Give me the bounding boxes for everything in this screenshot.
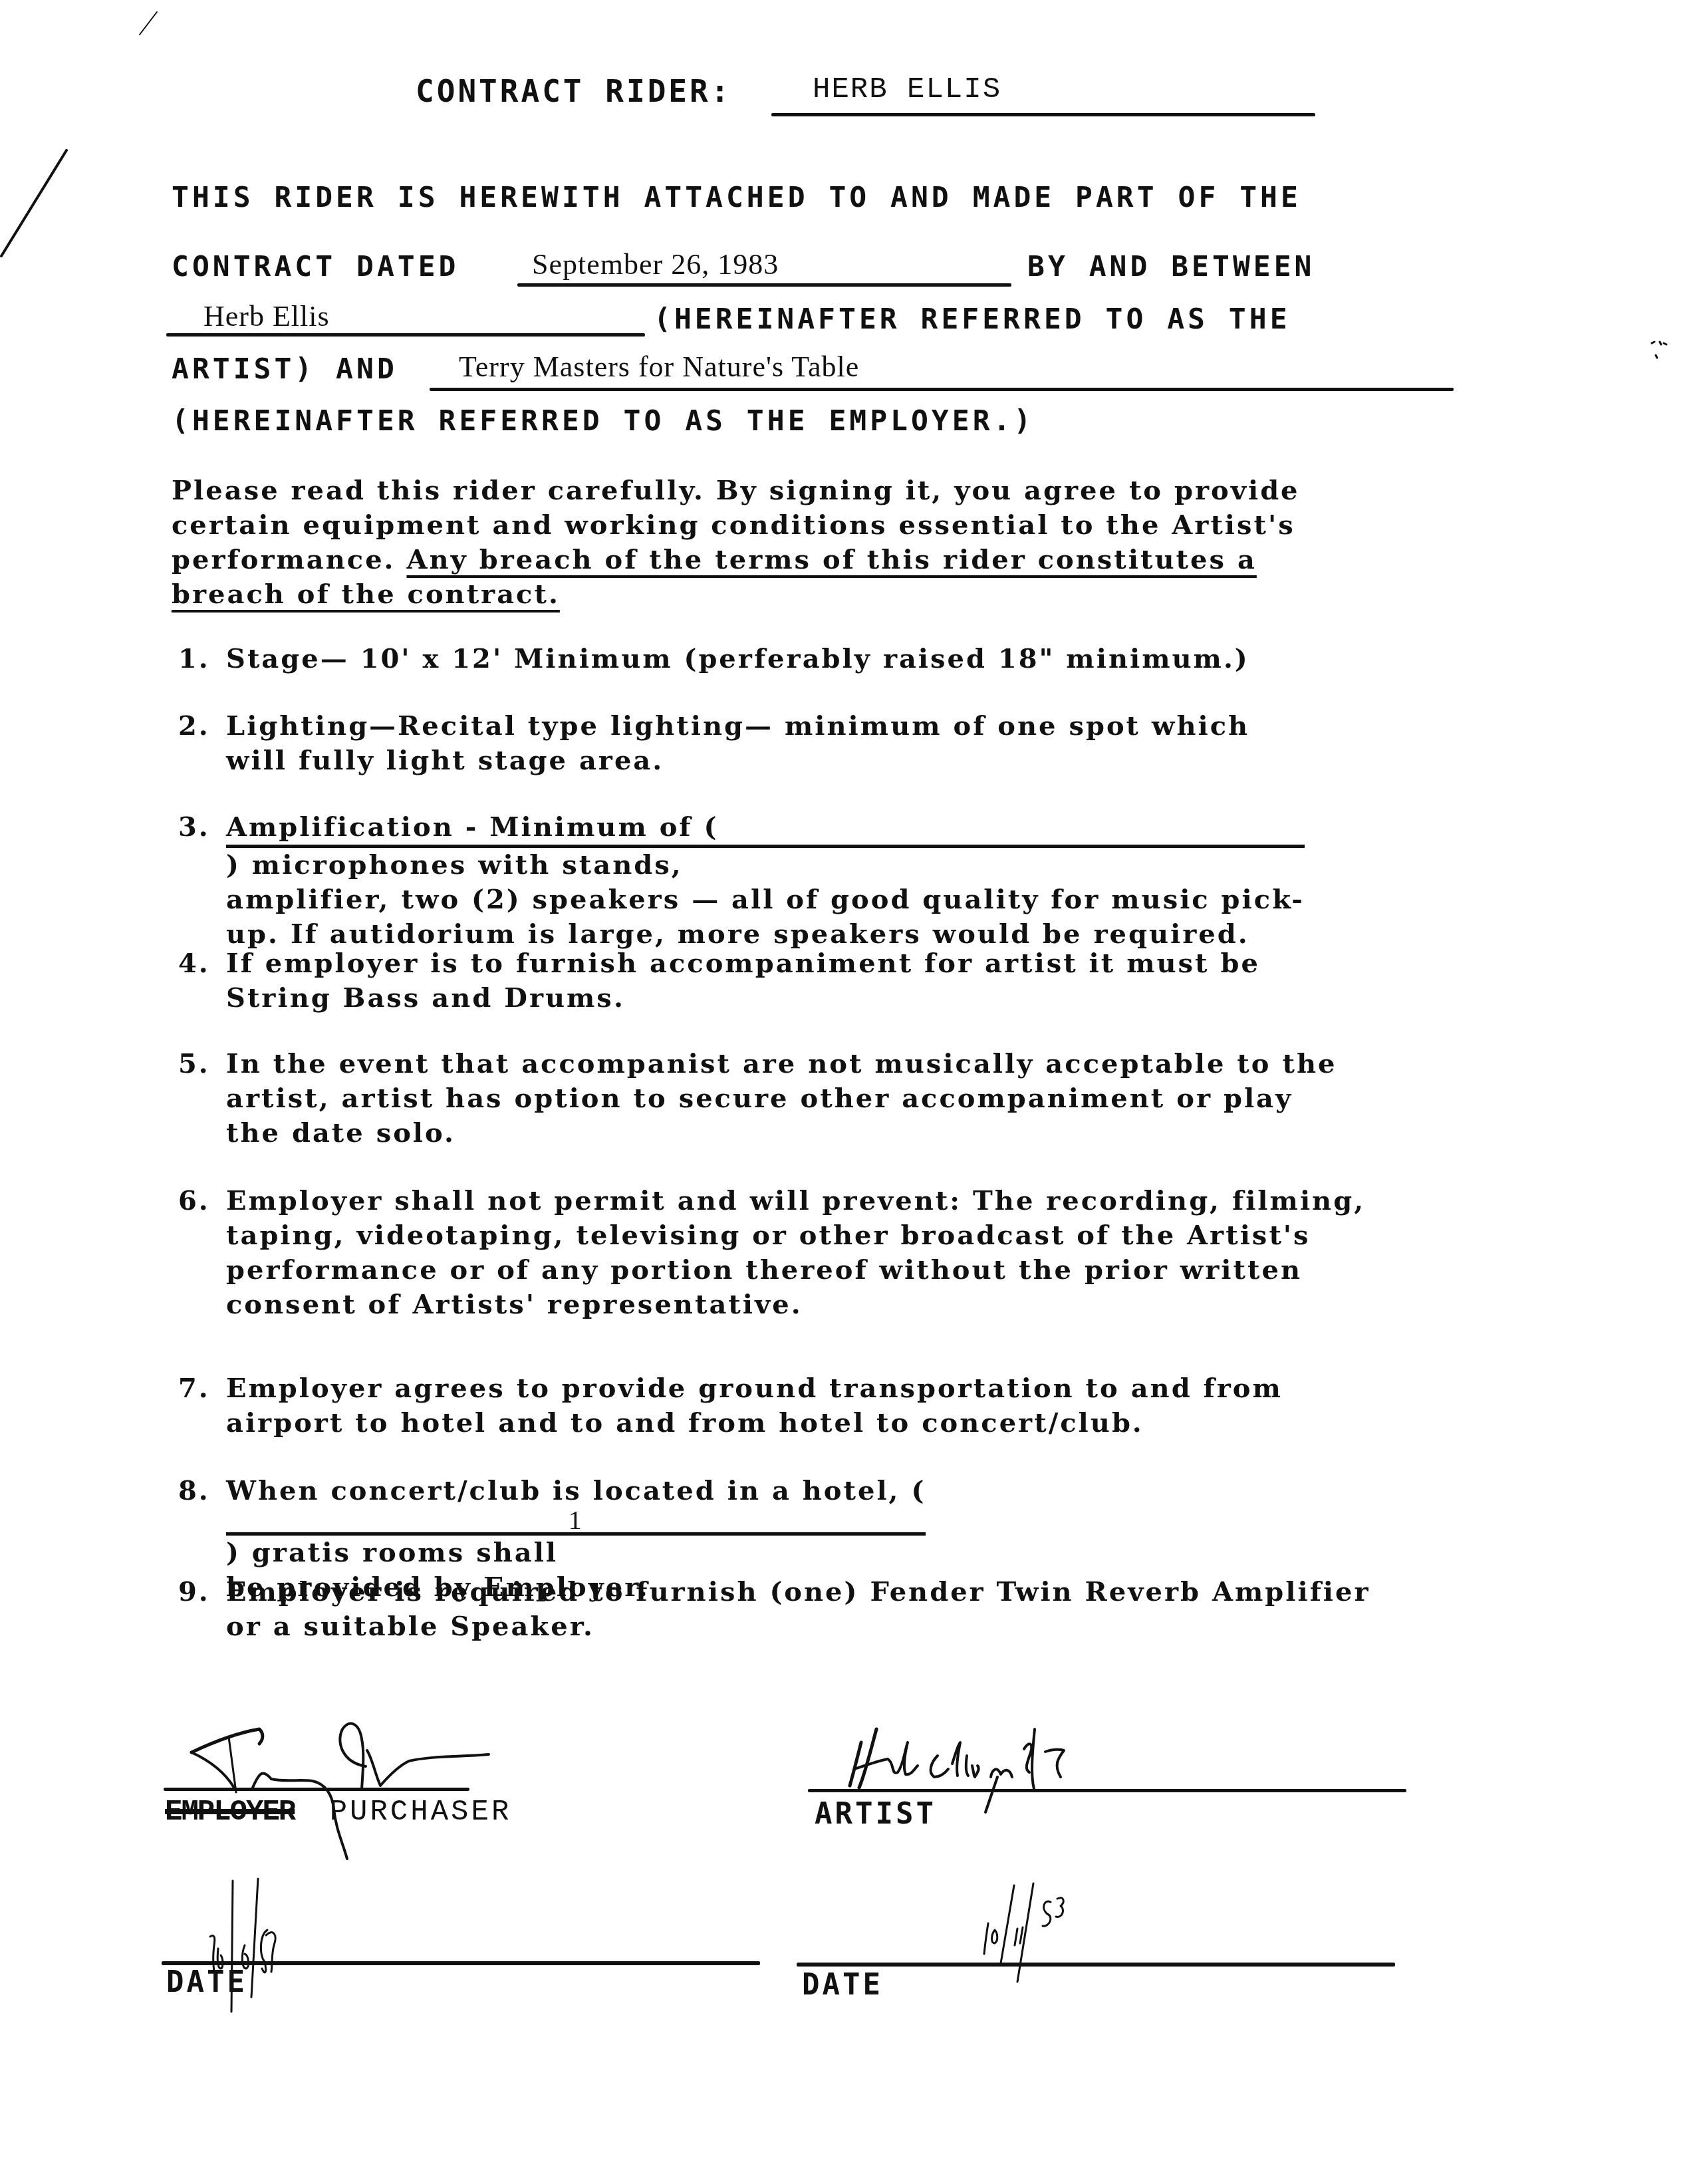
artist-and-label: ARTIST) AND: [172, 352, 398, 386]
item-number: 1.: [178, 642, 210, 676]
artist-signature-line: [808, 1789, 1406, 1792]
artist-label: ARTIST: [815, 1797, 936, 1831]
artist-name-underline: [166, 333, 645, 337]
item-line: taping, videotaping, televising or other…: [226, 1218, 1365, 1253]
purchaser-signature-icon[interactable]: [160, 1703, 825, 1862]
item-line: In the event that accompanist are not mu…: [226, 1047, 1337, 1081]
item-line: String Bass and Drums.: [226, 981, 1260, 1016]
item-line: amplifier, two (2) speakers — all of goo…: [226, 883, 1305, 917]
rider-artist-name: HERB ELLIS: [813, 73, 1001, 106]
item-number: 7.: [178, 1371, 210, 1406]
item-line: Stage— 10' x 12' Minimum (perferably rai…: [226, 642, 1249, 676]
title-underline: [771, 113, 1315, 116]
item-number: 9.: [178, 1575, 210, 1609]
item-number: 3.: [178, 810, 210, 845]
artist-name-field[interactable]: Herb Ellis: [203, 299, 330, 333]
hereinafter-employer-label: (HEREINAFTER REFERRED TO AS THE EMPLOYER…: [172, 404, 1034, 438]
item-line: Employer shall not permit and will preve…: [226, 1184, 1365, 1218]
contract-date-underline: [517, 283, 1011, 287]
purchaser-date-label: DATE: [166, 1965, 247, 1999]
item-line: performance or of any portion thereof wi…: [226, 1253, 1365, 1288]
purchaser-date-handwriting-icon[interactable]: [160, 1862, 625, 2035]
artist-date-line: [797, 1963, 1395, 1967]
gratis-rooms-field[interactable]: 1: [226, 1508, 926, 1536]
by-and-between-label: BY AND BETWEEN: [1027, 250, 1315, 283]
item-line: Employer agrees to provide ground transp…: [226, 1371, 1283, 1406]
purchaser-date-line: [162, 1961, 760, 1965]
breach-clause-underlined-end: breach of the contract.: [172, 577, 1468, 612]
employer-name-field[interactable]: Terry Masters for Nature's Table: [459, 350, 859, 384]
item-line: If employer is to furnish accompaniment …: [226, 946, 1260, 981]
artist-signature-icon[interactable]: [798, 1703, 1463, 1862]
item-line: Amplification - Minimum of () microphone…: [226, 810, 1305, 883]
intro-paragraph: Please read this rider carefully. By sig…: [172, 474, 1468, 612]
contract-date-field[interactable]: September 26, 1983: [532, 247, 779, 281]
item-line: Lighting—Recital type lighting— minimum …: [226, 709, 1249, 744]
item-line: artist, artist has option to secure othe…: [226, 1081, 1337, 1116]
preamble-line-1: THIS RIDER IS HEREWITH ATTACHED TO AND M…: [172, 181, 1301, 214]
item-text: ) microphones with stands,: [226, 848, 1305, 883]
item-line: the date solo.: [226, 1116, 1337, 1151]
margin-pen-mark-icon: [0, 0, 199, 279]
employer-name-underline: [430, 388, 1454, 391]
contract-rider-page: CONTRACT RIDER: HERB ELLIS THIS RIDER IS…: [0, 0, 1689, 2184]
item-line: will fully light stage area.: [226, 744, 1249, 778]
hereinafter-artist-label: (HEREINAFTER REFERRED TO AS THE: [654, 303, 1291, 336]
item-number: 6.: [178, 1184, 210, 1218]
item-line: Employer is required to furnish (one) Fe…: [226, 1575, 1370, 1609]
item-text: ) gratis rooms shall: [226, 1536, 926, 1570]
item-number: 4.: [178, 946, 210, 981]
artist-date-label: DATE: [802, 1968, 883, 2002]
purchaser-label: PURCHASER: [330, 1796, 512, 1829]
purchaser-label-row: EMPLOYER PURCHASER: [165, 1796, 511, 1829]
intro-line-2: certain equipment and working conditions…: [172, 508, 1468, 543]
item-text: When concert/club is located in a hotel,…: [226, 1474, 926, 1508]
purchaser-signature-line: [164, 1788, 469, 1791]
scan-speck-icon: [1649, 339, 1676, 366]
breach-clause-underlined: Any breach of the terms of this rider co…: [406, 544, 1256, 575]
item-line: When concert/club is located in a hotel,…: [226, 1474, 926, 1570]
item-line: consent of Artists' representative.: [226, 1288, 1365, 1322]
item-text: Amplification - Minimum of (: [226, 810, 1305, 845]
item-line: or a suitable Speaker.: [226, 1609, 1370, 1644]
intro-line-3-plain: performance.: [172, 544, 406, 575]
rider-title-label: CONTRACT RIDER:: [416, 73, 731, 109]
item-line: airport to hotel and to and from hotel t…: [226, 1406, 1283, 1440]
intro-line-3: performance. Any breach of the terms of …: [172, 543, 1468, 577]
item-number: 5.: [178, 1047, 210, 1081]
artist-date-handwriting-icon[interactable]: [798, 1862, 1330, 2035]
intro-line-1: Please read this rider carefully. By sig…: [172, 474, 1468, 508]
contract-dated-label: CONTRACT DATED: [172, 250, 459, 283]
item-number: 2.: [178, 709, 210, 744]
struck-employer-label: EMPLOYER: [165, 1796, 295, 1829]
item-number: 8.: [178, 1474, 210, 1508]
